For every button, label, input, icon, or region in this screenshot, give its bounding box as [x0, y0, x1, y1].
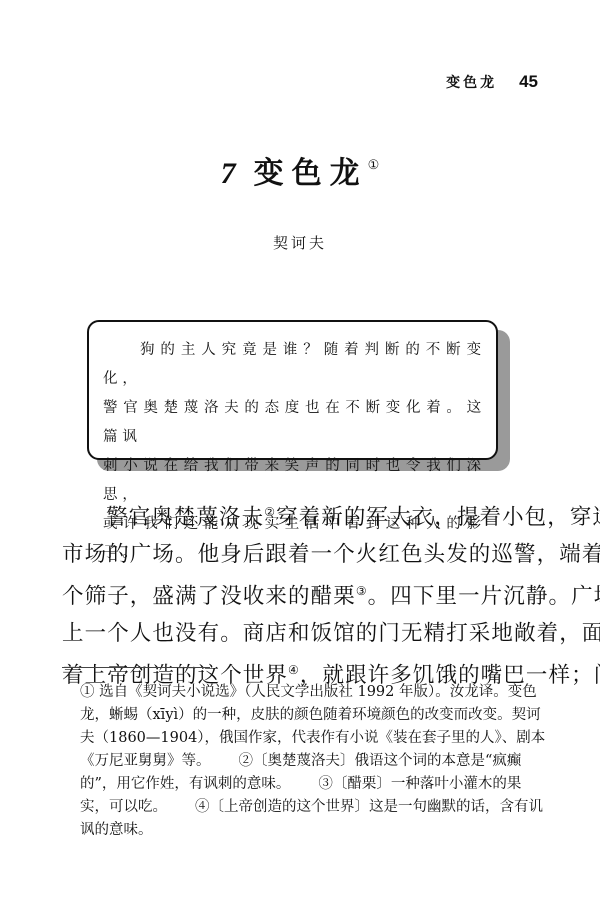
- footnotes: ① 选自《契诃夫小说选》（人民文学出版社 1992 年版）。汝龙译。变色 龙，蜥…: [80, 681, 540, 842]
- footnote-ref-3[interactable]: ③: [356, 584, 368, 598]
- intro-box: 狗的主人究竟是谁？随着判断的不断变化， 警官奥楚蔑洛夫的态度也在不断变化着。这篇…: [87, 320, 498, 460]
- body-line: 上一个人也没有。商店和饭馆的门无精打采地敞着，面对: [62, 616, 540, 653]
- footnote-ref-4[interactable]: ④: [288, 663, 300, 677]
- chapter-title: 7变色龙①: [0, 148, 600, 192]
- body-line: 市场的广场。他身后跟着一个火红色头发的巡警，端着一: [62, 537, 540, 574]
- chapter-number: 7: [221, 157, 244, 190]
- footnote-line: 龙，蜥蜴（xīyì）的一种，皮肤的颜色随着环境颜色的改变而改变。契诃: [80, 704, 540, 727]
- footnote-line: 讽的意味。: [80, 819, 540, 842]
- body-line: 警官奥楚蔑洛夫②穿着新的军大衣，提着小包，穿过: [62, 494, 540, 537]
- footnote-3: ③〔醋栗〕一种落叶小灌木的果: [318, 776, 521, 792]
- author: 契诃夫: [0, 232, 600, 253]
- footnote-line: 的”，用它作姓，有讽刺的意味。③〔醋栗〕一种落叶小灌木的果: [80, 773, 540, 796]
- footnote-ref-1[interactable]: ①: [368, 158, 380, 173]
- footnote-line: ① 选自《契诃夫小说选》（人民文学出版社 1992 年版）。汝龙译。变色: [80, 681, 540, 704]
- chapter-title-text: 变色龙: [254, 156, 368, 191]
- running-head: 变色龙 45: [446, 72, 538, 92]
- footnote-line: 《万尼亚舅舅》等。②〔奥楚蔑洛夫〕俄语这个词的本意是“疯癫: [80, 750, 540, 773]
- footnote-line: 实，可以吃。④〔上帝创造的这个世界〕这是一句幽默的话，含有讥: [80, 796, 540, 819]
- footnote-2: ②〔奥楚蔑洛夫〕俄语这个词的本意是“疯癫: [239, 753, 522, 769]
- footnote-line: 夫（1860—1904），俄国作家，代表作有小说《装在套子里的人》、剧本: [80, 727, 540, 750]
- footnote-4: ④〔上帝创造的这个世界〕这是一句幽默的话，含有讥: [195, 799, 543, 815]
- footnote-divider: [62, 667, 210, 668]
- footnote-ref-2[interactable]: ②: [264, 505, 276, 519]
- page-number: 45: [519, 72, 538, 92]
- body-text: 警官奥楚蔑洛夫②穿着新的军大衣，提着小包，穿过 市场的广场。他身后跟着一个火红色…: [62, 494, 540, 695]
- running-head-title: 变色龙: [446, 72, 497, 92]
- body-line: 个筛子，盛满了没收来的醋栗③。四下里一片沉静。广场: [62, 573, 540, 616]
